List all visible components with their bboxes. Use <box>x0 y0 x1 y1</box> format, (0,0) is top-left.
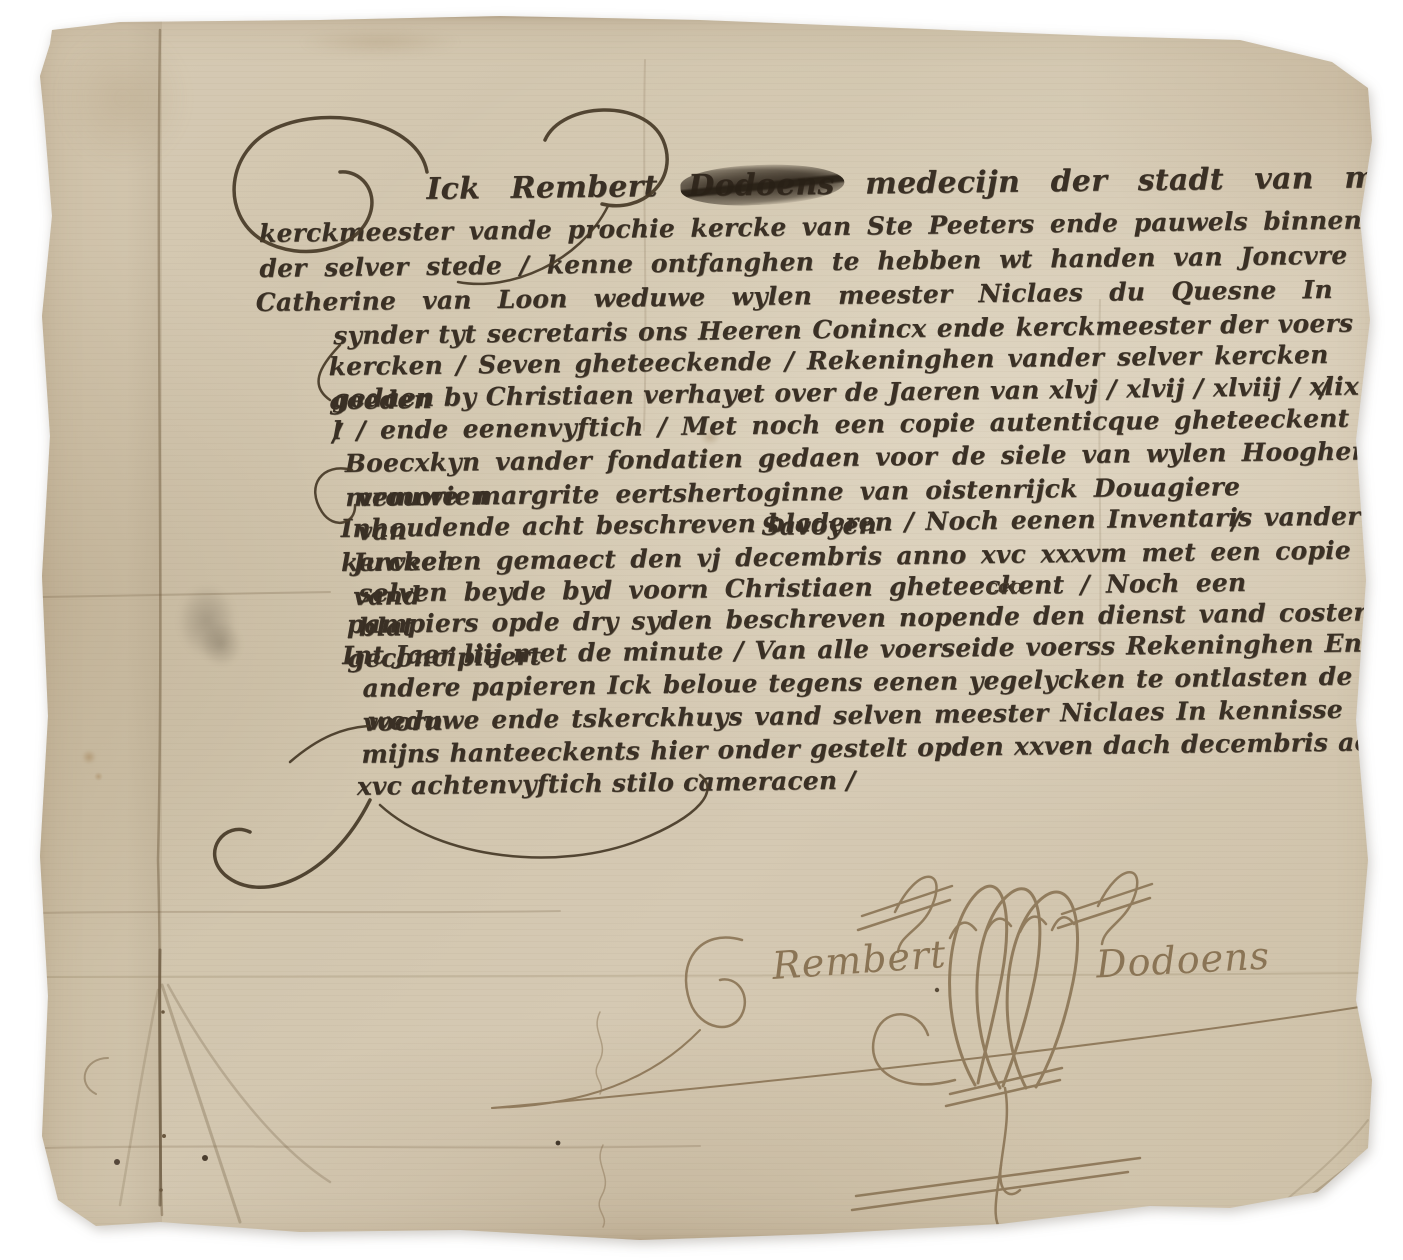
signature-last-name: Dodoens <box>1095 933 1271 986</box>
manuscript-line: Ick Rembert Dodoens medecijn der stadt v… <box>426 162 1356 207</box>
struck-surname-text: Dodoens <box>688 167 835 204</box>
manuscript-line: xvc achtenvyftich stilo cameracen / <box>357 763 917 804</box>
paper-sheet: Ick Rembert Dodoens medecijn der stadt v… <box>36 16 1384 1242</box>
manuscript-text-block: Ick Rembert Dodoens medecijn der stadt v… <box>0 0 1403 1260</box>
interline-correction: ccc <box>986 576 1021 598</box>
photographed-manuscript: Ick Rembert Dodoens medecijn der stadt v… <box>0 0 1403 1260</box>
struck-surname: Dodoens <box>688 168 835 204</box>
line1-post: medecijn der stadt van mechelen / En <box>865 157 1403 201</box>
line1-pre: Ick Rembert <box>426 169 658 207</box>
